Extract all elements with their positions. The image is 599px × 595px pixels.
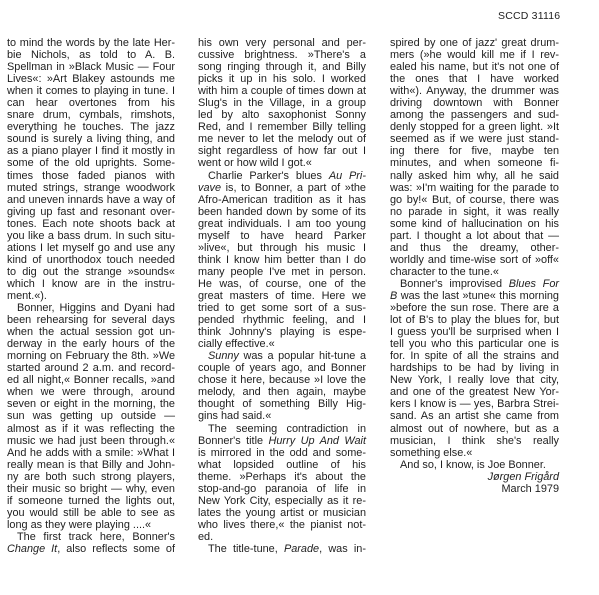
text-line: with him a couple of times down at: [198, 85, 366, 97]
text-line: gins had said.«: [198, 410, 366, 422]
text-line: denly stopped for a green light. »It: [390, 121, 559, 133]
text-line: ny are both such strong players,: [7, 471, 175, 483]
text-line: many people I've met in person.: [198, 266, 366, 278]
text-line: think I know him better than I do: [198, 254, 366, 266]
text-line: tried to get some sort of a sus-: [198, 302, 366, 314]
text-line: me never to let the melody out of: [198, 133, 366, 145]
text-line: mers (»he would kill me if I rev-: [390, 49, 559, 61]
text-line: Change It, also reflects some of: [7, 543, 175, 555]
text-line: cussive brightness. »There's a: [198, 49, 366, 61]
text-line: if someone turned the lights out,: [7, 495, 175, 507]
text-line: when it comes to playing in tune. I: [7, 85, 175, 97]
text-line: Bonner's improvised Blues For: [390, 278, 559, 290]
text-line: New York City, especially as it re-: [198, 495, 366, 507]
text-line: character to the tune.«: [390, 266, 559, 278]
text-line: He was, of course, one of the: [198, 278, 366, 290]
title-emphasis: Change It: [7, 543, 57, 555]
title-emphasis: Sunny: [208, 350, 239, 362]
title-emphasis: Au Pri-: [329, 170, 366, 182]
text-line: The first track here, Bonner's: [7, 531, 175, 543]
text-line: New York, I really love that city,: [390, 374, 559, 386]
catalog-number: SCCD 31116: [498, 10, 560, 22]
text-line: and one of the greatest New Yor-: [390, 386, 559, 398]
text-line: myself to have heard Parker: [198, 230, 366, 242]
text-line: »live«, but through his music I: [198, 242, 366, 254]
title-emphasis: vave: [198, 182, 221, 194]
text-line: really mean is that Billy and John-: [7, 459, 175, 471]
text-line: and thus the dreamy, other-: [390, 242, 559, 254]
text-line: driving downtown with Bonner: [390, 97, 559, 109]
text-line: sand. As an artist she came from: [390, 410, 559, 422]
text-line: what lopsided outline of his: [198, 459, 366, 471]
text-line: hardships to be had by living in: [390, 362, 559, 374]
text-line: Bonner's title Hurry Up And Wait: [198, 435, 366, 447]
text-line: lates the young artist or musician: [198, 507, 366, 519]
text-line: when we were through, around: [7, 386, 175, 398]
text-column-3: spired by one of jazz' great drum-mers (…: [390, 37, 559, 495]
text-column-2: his own very personal and per-cussive br…: [198, 37, 366, 555]
text-line: can hear overtones from his: [7, 97, 175, 109]
text-line: you would still be able to see as: [7, 507, 175, 519]
text-line: no parade in sight, it was really: [390, 206, 559, 218]
text-line: ment.«).: [7, 290, 175, 302]
author-signature: Jørgen Frigård: [390, 471, 559, 483]
text-line: Spellman in »Black Music — Four: [7, 61, 175, 73]
text-line: B was the last »tune« this morning: [390, 290, 559, 302]
text-line: song ringing through it, and Billy: [198, 61, 366, 73]
text-line: Afro-American tradition as it has: [198, 194, 366, 206]
text-line: sight regardless of how far out I: [198, 145, 366, 157]
text-line: his own very personal and per-: [198, 37, 366, 49]
text-line: long as they were playing ....«: [7, 519, 175, 531]
text-line: theme. »Perhaps it's about the: [198, 471, 366, 483]
text-line: tell you who this particular one is: [390, 338, 559, 350]
text-line: melody, and then again, maybe: [198, 386, 366, 398]
text-line: think Johnny's playing is espe-: [198, 326, 366, 338]
text-line: with«). Anyway, the drummer was: [390, 85, 559, 97]
text-line: ing there for five, maybe ten: [390, 145, 559, 157]
text-line: ed all night,« Bonner recalls, »and: [7, 374, 175, 386]
text-line: morning on February the 8th. »We: [7, 350, 175, 362]
text-line: lot of B's to play the blues for, but: [390, 314, 559, 326]
text-line: music we had just been through.«: [7, 435, 175, 447]
text-line: ealed his name, but it's not one of: [390, 61, 559, 73]
title-emphasis: B: [390, 290, 397, 302]
text-line: Lives«: »Art Blakey astounds me: [7, 73, 175, 85]
text-line: great masters of time. Here we: [198, 290, 366, 302]
text-line: giving up fast and resonant over-: [7, 206, 175, 218]
text-line: sound is surely a living thing, and: [7, 133, 175, 145]
text-line: started around 2 a.m. and record-: [7, 362, 175, 374]
text-line: chose it here, because »I love the: [198, 374, 366, 386]
text-line: led by alto saxophonist Sonny: [198, 109, 366, 121]
text-line: almost as if it was reflecting the: [7, 423, 175, 435]
text-line: pended rhythmic feeling, and I: [198, 314, 366, 326]
text-line: some kind of hallucination on his: [390, 218, 559, 230]
text-line: The seeming contradiction in: [198, 423, 366, 435]
text-line: when the actual session got un-: [7, 326, 175, 338]
text-line: derway in the early hours of the: [7, 338, 175, 350]
title-emphasis: Blues For: [509, 278, 559, 290]
text-line: as a piano player I find it mostly in: [7, 145, 175, 157]
text-line: been rehearsing for several days: [7, 314, 175, 326]
text-line: sun was getting up outside —: [7, 410, 175, 422]
text-line: I guess you'll be surprised when I: [390, 326, 559, 338]
text-line: stop-and-go paranoia of life in: [198, 483, 366, 495]
text-line: thought of something Billy Hig-: [198, 398, 366, 410]
text-line: snare drum, cymbals, rimshots,: [7, 109, 175, 121]
text-line: everything he touches. The jazz: [7, 121, 175, 133]
text-line: Red, and I remember Billy telling: [198, 121, 366, 133]
text-line: ations I let myself go and use any: [7, 242, 175, 254]
text-line: great individuals. I am too young: [198, 218, 366, 230]
text-line: »before the sun rose. There are a: [390, 302, 559, 314]
text-line: to mind the words by the late Her-: [7, 37, 175, 49]
text-line: part. I thought a lot about that —: [390, 230, 559, 242]
signature-date: March 1979: [390, 483, 559, 495]
text-line: cially effective.«: [198, 338, 366, 350]
text-line: And he adds with a smile: »What I: [7, 447, 175, 459]
text-line: something else.«: [390, 447, 559, 459]
text-line: Slug's in the Village, in a group: [198, 97, 366, 109]
text-line: Charlie Parker's blues Au Pri-: [198, 170, 366, 182]
text-line: went or how wild I got.«: [198, 157, 366, 169]
text-line: for. In spite of all the strains and: [390, 350, 559, 362]
text-line: minutes, and when someone fi-: [390, 157, 559, 169]
text-line: bie Nichols, as told to A. B.: [7, 49, 175, 61]
text-column-1: to mind the words by the late Her-bie Ni…: [7, 37, 175, 555]
text-line: musician, I think she's really: [390, 435, 559, 447]
text-line: times those faded pianos with: [7, 170, 175, 182]
text-line: been handed down by some of its: [198, 206, 366, 218]
text-line: seven or eight in the morning, the: [7, 398, 175, 410]
title-emphasis: Hurry Up And Wait: [269, 435, 366, 447]
text-line: nally asked him why, all he said: [390, 170, 559, 182]
text-line: almost out of nowhere, but as a: [390, 423, 559, 435]
text-line: vave is, to Bonner, a part of »the: [198, 182, 366, 194]
text-line: was: »I'm waiting for the parade to: [390, 182, 559, 194]
text-line: go by!« But, of course, there was: [390, 194, 559, 206]
title-emphasis: Parade: [284, 543, 319, 555]
column-3-body: spired by one of jazz' great drum-mers (…: [390, 37, 559, 471]
text-line: tones. Each note shoots back at: [7, 218, 175, 230]
text-line: among the passengers and sud-: [390, 109, 559, 121]
text-line: Bonner, Higgins and Dyani had: [7, 302, 175, 314]
text-line: And so, I know, is Joe Bonner.: [390, 459, 559, 471]
text-line: is mirrored in the odd and some-: [198, 447, 366, 459]
text-line: which I know are in the instru-: [7, 278, 175, 290]
text-line: seemed as if we were just stand-: [390, 133, 559, 145]
text-line: some of the old uprights. Some-: [7, 157, 175, 169]
text-line: you like a bass drum. In such situ-: [7, 230, 175, 242]
text-line: the ones that I have worked: [390, 73, 559, 85]
text-line: couple of years ago, and Bonner: [198, 362, 366, 374]
text-line: and uneven innards have a way of: [7, 194, 175, 206]
text-line: kind of unorthodox touch needed: [7, 254, 175, 266]
text-line: to dig out the strange »sounds«: [7, 266, 175, 278]
text-line: ed.: [198, 531, 366, 543]
text-line: spired by one of jazz' great drum-: [390, 37, 559, 49]
text-line: kers I know is — yes, Barbra Strei-: [390, 398, 559, 410]
text-line: worldly and time-wise sort of »off«: [390, 254, 559, 266]
text-line: picks it up in his solo. I worked: [198, 73, 366, 85]
text-line: muted strings, strange woodwork: [7, 182, 175, 194]
text-line: The title-tune, Parade, was in-: [198, 543, 366, 555]
text-line: who lives there,« the pianist not-: [198, 519, 366, 531]
text-line: Sunny was a popular hit-tune a: [198, 350, 366, 362]
text-line: their music so bright — why, even: [7, 483, 175, 495]
